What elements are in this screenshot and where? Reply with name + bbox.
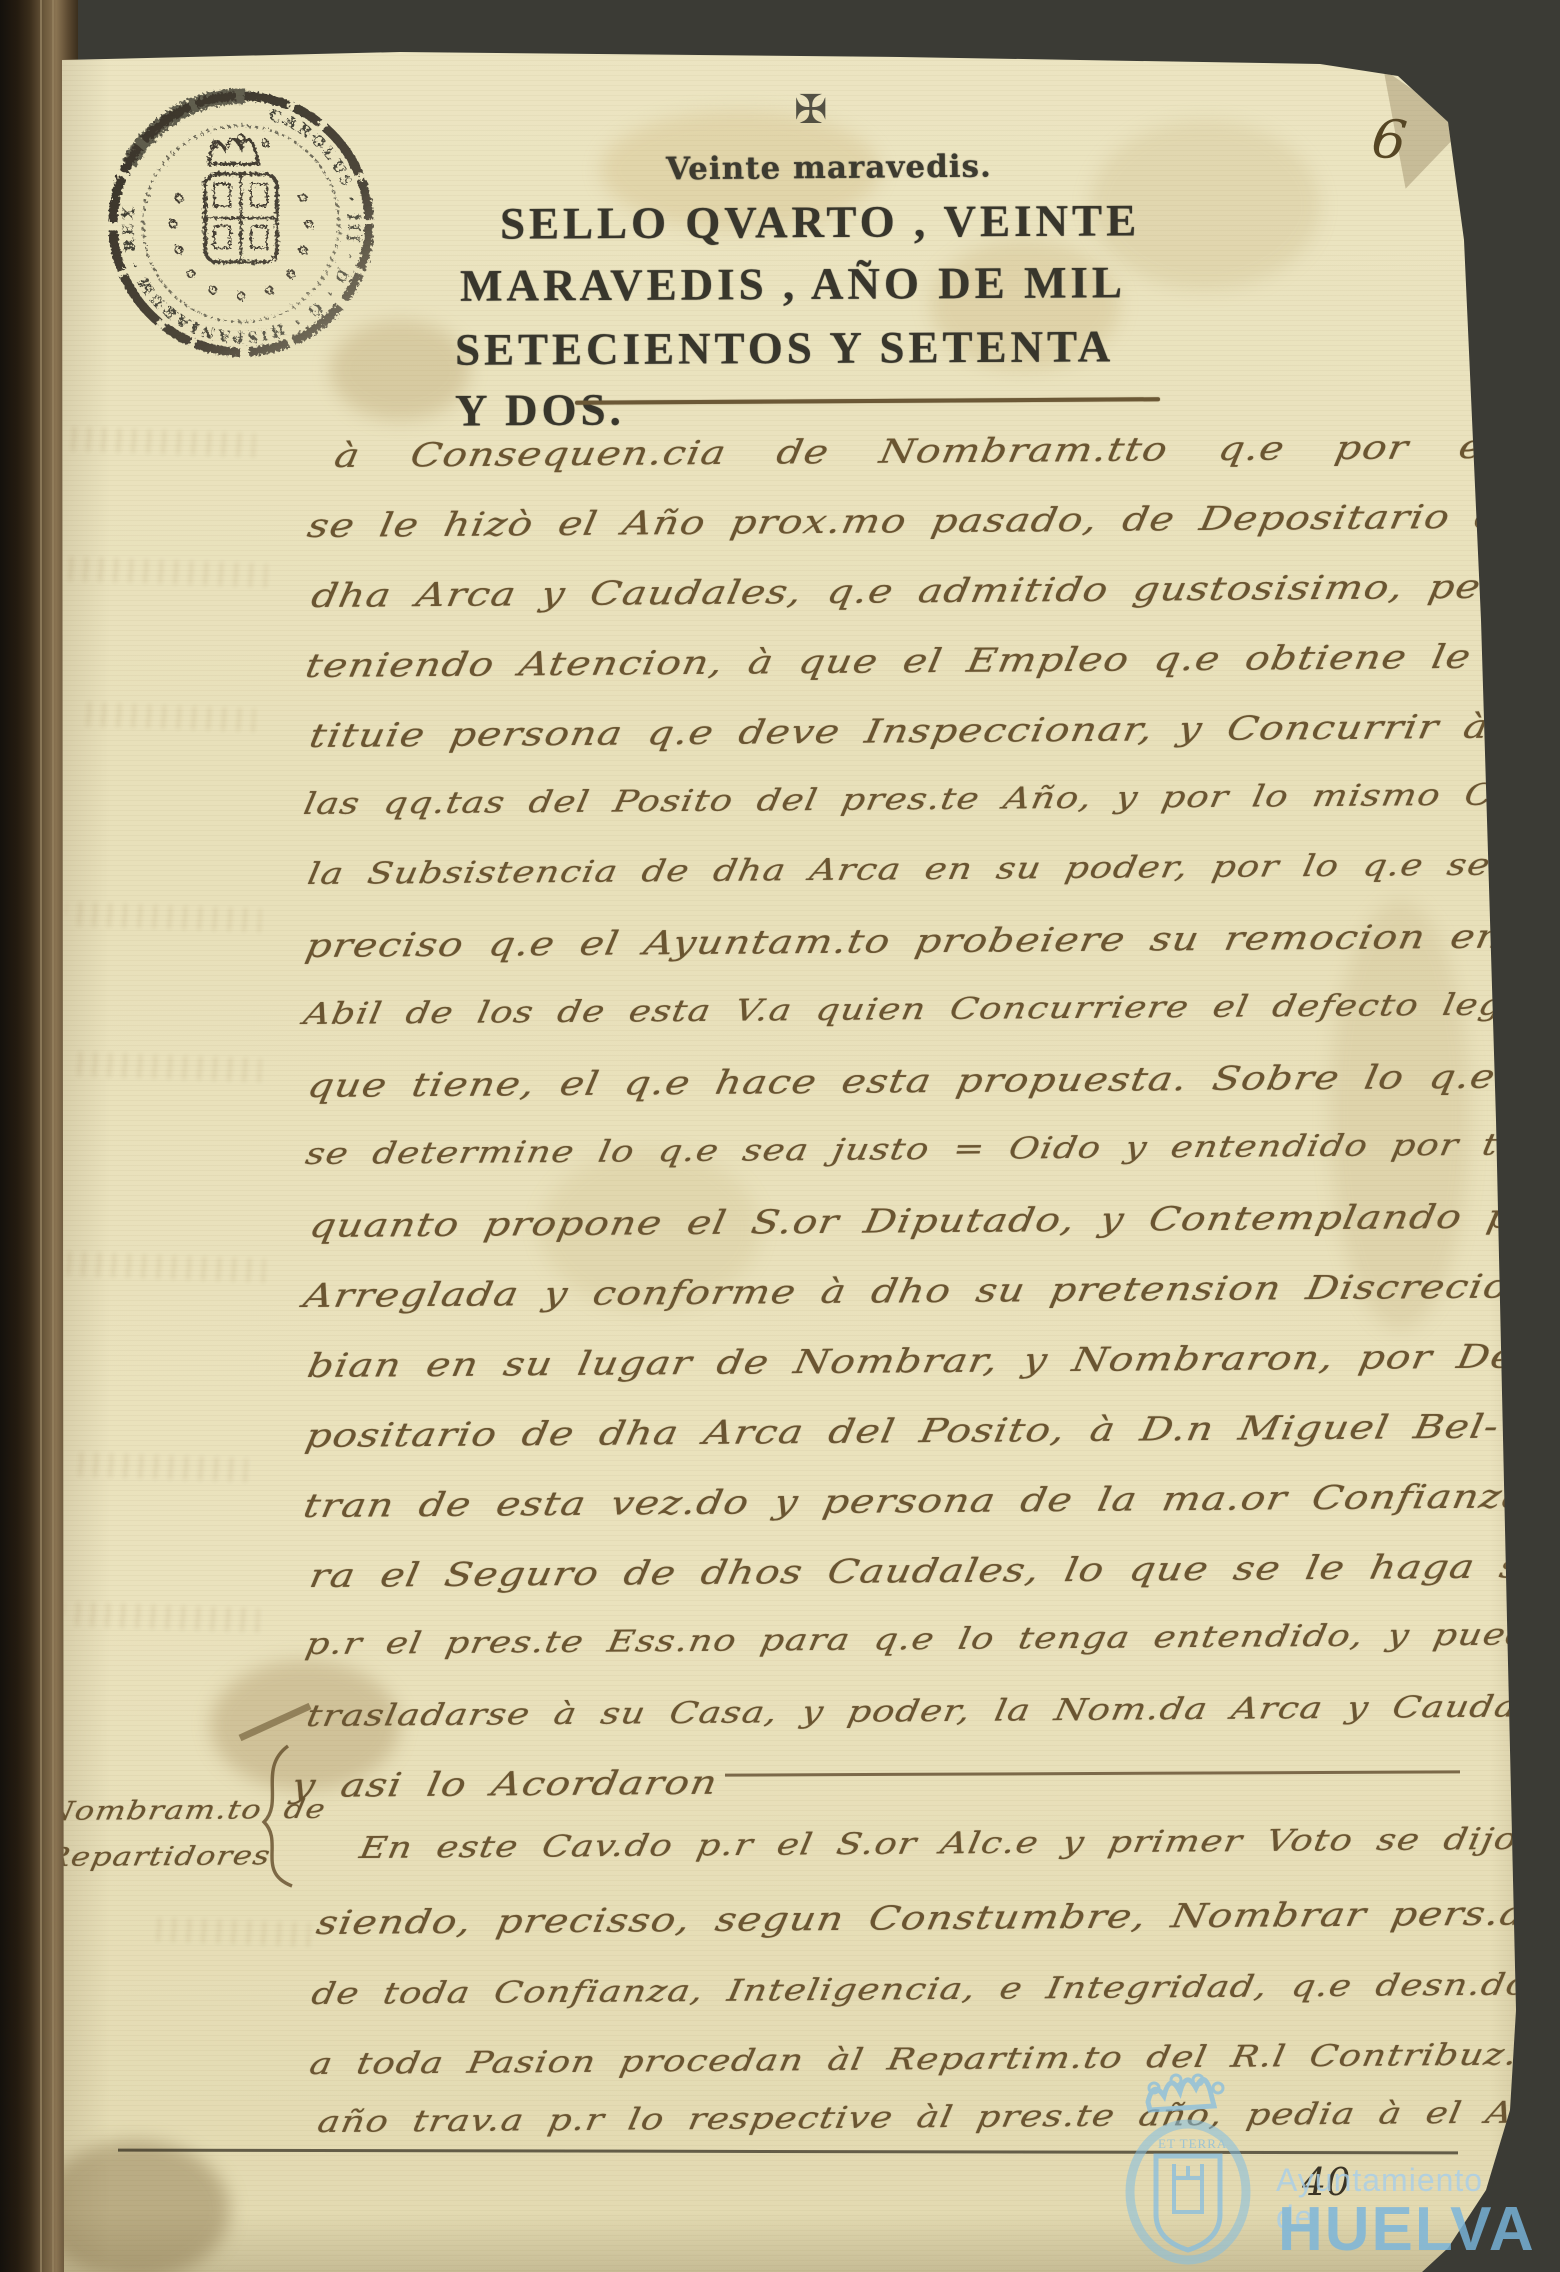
archive-watermark: ET TERRA Ayuntamiento de HUELVA bbox=[1118, 2056, 1518, 2272]
huelva-crest-logo: ET TERRA bbox=[1118, 2056, 1268, 2272]
ink-bleedthrough bbox=[60, 1251, 266, 1282]
manuscript-line: la Subsistencia de dha Arca en su poder,… bbox=[305, 848, 1560, 891]
ink-bleedthrough bbox=[72, 1452, 248, 1482]
manuscript-line: siendo, precisso, segun Constumbre, Nomb… bbox=[314, 1895, 1551, 1941]
ink-bleedthrough bbox=[62, 556, 268, 587]
printed-header-line: SETECIENTOS Y SETENTA bbox=[455, 320, 1114, 375]
paper-stain bbox=[40, 2140, 230, 2272]
manuscript-line: positario de dha Arca del Posito, à D.n … bbox=[303, 1409, 1503, 1455]
manuscript-line: teniendo Atencion, à que el Empleo q.e o… bbox=[303, 638, 1560, 685]
manuscript-line: ra el Seguro de dhos Caudales, lo que se… bbox=[307, 1548, 1560, 1595]
printed-header-line: Y DOS. bbox=[455, 384, 625, 437]
crest-motto: ET TERRA bbox=[1158, 2136, 1227, 2151]
margin-brace bbox=[232, 1700, 322, 1890]
scanned-manuscript-page: ✠ 6 Veinte maravedis. SELLO QVARTO , VEI… bbox=[0, 0, 1560, 2272]
closing-rule bbox=[725, 1770, 1460, 1776]
ink-bleedthrough bbox=[80, 702, 256, 732]
cross-mark: ✠ bbox=[794, 86, 828, 133]
ink-bleedthrough bbox=[66, 902, 262, 933]
manuscript-line: se le hizò el Año prox.mo pasado, de Dep… bbox=[305, 498, 1531, 544]
manuscript-line: bian en su lugar de Nombrar, y Nombraron… bbox=[305, 1338, 1534, 1384]
page-edge-line bbox=[40, 0, 42, 2272]
royal-tax-seal: CAROLUS · III · D · G · HISPANIARUM · RE… bbox=[95, 78, 387, 370]
tax-stamp-line: Veinte maravedis. bbox=[666, 149, 992, 188]
printed-header-line: MARAVEDIS , AÑO DE MIL bbox=[460, 256, 1126, 311]
manuscript-line: tran de esta vez.do y persona de la ma.o… bbox=[301, 1478, 1560, 1525]
manuscript-line: trasladarse à su Casa, y poder, la Nom.d… bbox=[304, 1690, 1560, 1733]
page-edge-line bbox=[52, 0, 54, 2272]
paper-stain bbox=[1330, 900, 1470, 1330]
manuscript-line: tituie persona q.e deve Inspeccionar, y … bbox=[307, 709, 1493, 755]
ink-bleedthrough bbox=[76, 1052, 262, 1082]
ink-bleedthrough bbox=[70, 427, 256, 457]
watermark-text-line2: HUELVA bbox=[1278, 2194, 1536, 2265]
manuscript-line: En este Cav.do p.r el S.or Alc.e y prime… bbox=[357, 1822, 1560, 1865]
ink-bleedthrough bbox=[64, 1602, 260, 1633]
manuscript-closing-line: y asi lo Acordaron bbox=[289, 1765, 721, 1805]
paper-sheet: ✠ 6 Veinte maravedis. SELLO QVARTO , VEI… bbox=[0, 0, 1560, 2272]
manuscript-line: las qq.tas del Posito del pres.te Año, y… bbox=[301, 777, 1560, 821]
manuscript-line: dha Arca y Caudales, q.e admitido gustos… bbox=[309, 568, 1530, 614]
manuscript-line: de toda Confianza, Inteligencia, e Integ… bbox=[309, 1968, 1532, 2011]
manuscript-line: p.r el pres.te Ess.no para q.e lo tenga … bbox=[303, 1618, 1557, 1661]
header-flourish-rule bbox=[575, 397, 1160, 405]
ink-bleedthrough bbox=[150, 1917, 311, 1947]
printed-header-line: SELLO QVARTO , VEINTE bbox=[500, 194, 1140, 249]
